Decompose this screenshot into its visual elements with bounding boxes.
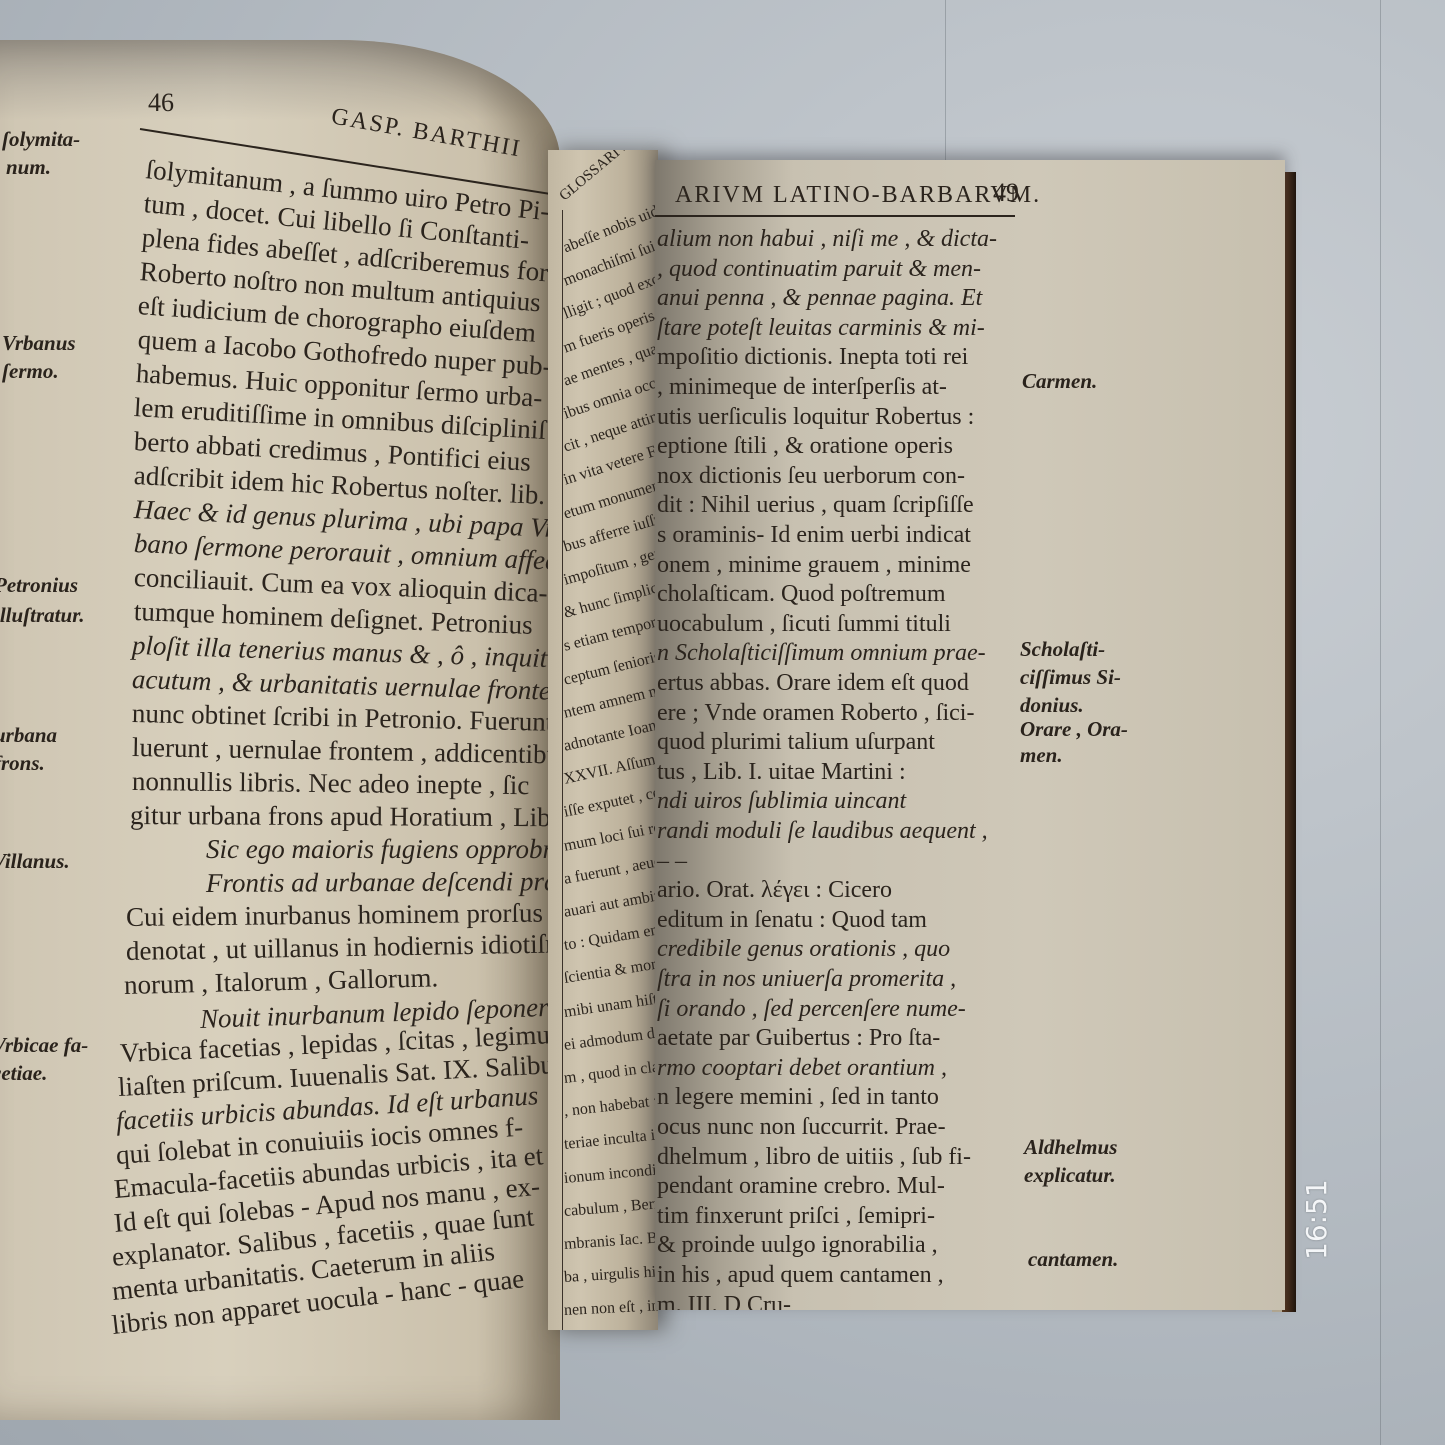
left-page: 46 GASP. BARTHII ſolymita- num. Vrbanus … (0, 40, 560, 1420)
header-rule (655, 215, 1015, 217)
text-line: Sic ego maioris fugiens opprobria culpae (206, 832, 560, 866)
margin-note: Scholaſti- (1020, 636, 1105, 662)
surface-seam (1380, 0, 1381, 1445)
turning-page-running-head: GLOSSARIVM LAT (557, 150, 658, 205)
margin-note: Vrbicae fa- (0, 1032, 88, 1058)
margin-note: Villanus. (0, 848, 70, 874)
margin-note: Carmen. (1022, 368, 1097, 394)
text-line: nonnullis libris. Nec adeo inepte , ſic (132, 764, 530, 802)
right-page-number: 49 (993, 178, 1019, 208)
margin-note: urbana (0, 722, 57, 748)
margin-note: Vrbanus (2, 330, 76, 356)
margin-note: ſermo. (2, 358, 59, 384)
text-line: m. III. D Cru- (657, 1288, 791, 1310)
page-shadow (0, 40, 560, 120)
turning-page: GLOSSARIVM LAT abeſſe nobis uidetmonachi… (548, 150, 658, 1330)
margin-note: frons. (0, 750, 45, 776)
margin-note: cetiae. (0, 1060, 47, 1086)
margin-note: explicatur. (1024, 1162, 1116, 1188)
margin-note: Petronius (0, 572, 78, 598)
left-page-number: 46 (148, 88, 174, 118)
text-line: ba , uirgulis hic incl (563, 1254, 658, 1294)
capture-timestamp: 16:51 (1300, 1179, 1333, 1260)
right-page: ARIVM LATINO-BARBARVM. 49 alium non habu… (655, 160, 1285, 1310)
margin-note: ciſſimus Si- (1020, 664, 1121, 690)
text-line: randi moduli ſe laudibus aequent , (657, 814, 988, 848)
margin-note: donius. (1020, 692, 1084, 718)
margin-note: Aldhelmus (1024, 1134, 1117, 1160)
margin-note: illuſtratur. (0, 602, 84, 628)
right-running-head: ARIVM LATINO-BARBARVM. (675, 182, 1041, 209)
margin-note: ſolymita- (2, 126, 80, 152)
text-line: nen non eſt , intelli (563, 1289, 658, 1328)
margin-note: men. (1020, 742, 1063, 768)
margin-note: Orare , Ora- (1020, 716, 1128, 742)
text-line: Frontis ad urbanae deſcendi praemia (206, 864, 560, 900)
text-line: gitur urbana frons apud Horatium , Lib. (130, 798, 558, 834)
margin-note: num. (6, 154, 51, 180)
margin-note: cantamen. (1028, 1246, 1118, 1272)
